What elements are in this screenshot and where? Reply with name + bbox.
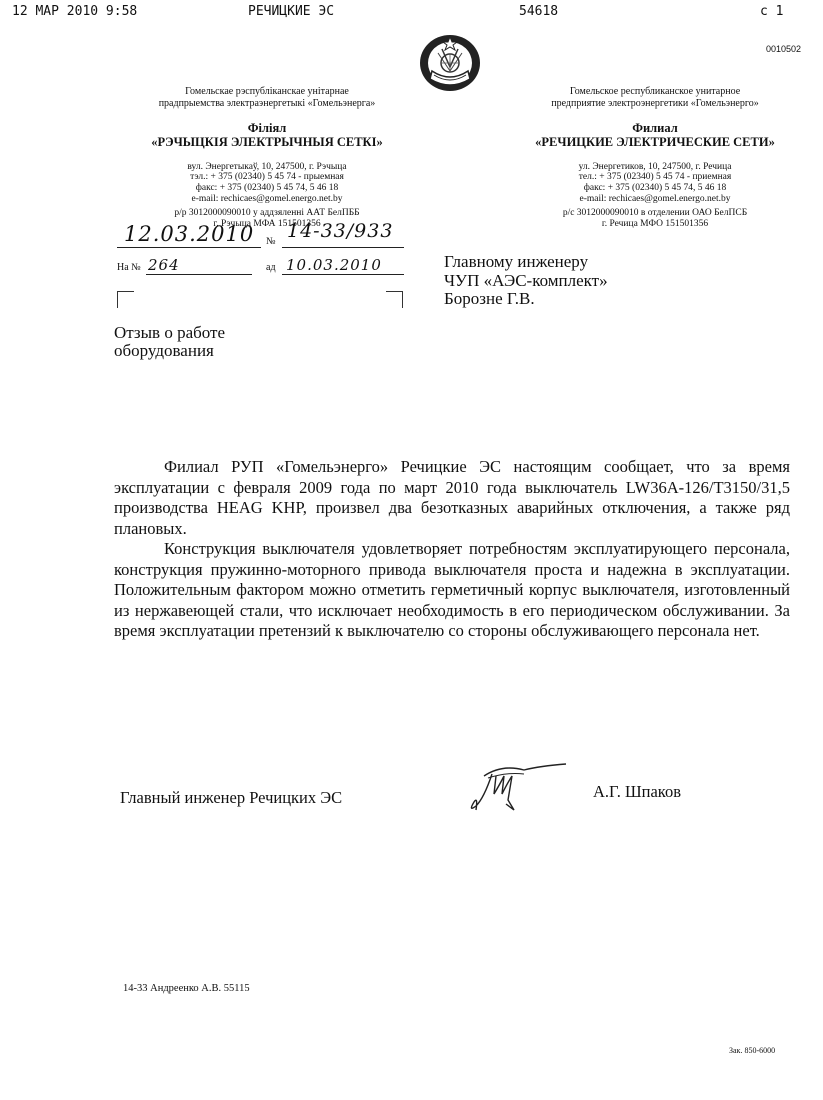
fax-page: с 1 bbox=[760, 4, 783, 19]
date-underline bbox=[117, 247, 261, 248]
ref-date-underline bbox=[282, 274, 404, 275]
email: e-mail: rechicaes@gomel.energo.net.by bbox=[505, 194, 805, 205]
ref-number-underline bbox=[146, 274, 252, 275]
bank-account: р/р 3012000090010 у аддзяленні ААТ БелПБ… bbox=[117, 208, 417, 219]
fax-sender: РЕЧИЦКИЕ ЭС bbox=[248, 4, 334, 19]
letterhead-russian: Гомельское республиканское унитарное пре… bbox=[505, 86, 805, 230]
corner-mark-right bbox=[386, 291, 403, 308]
signatory-name: А.Г. Шпаков bbox=[593, 782, 681, 802]
corner-mark-left bbox=[117, 291, 134, 308]
letter-subject: Отзыв о работе оборудования bbox=[114, 324, 225, 360]
handwritten-signature-icon bbox=[462, 758, 572, 818]
ref-number-label: На № bbox=[117, 262, 141, 273]
body-paragraph-1: Филиал РУП «Гомельэнерго» Речицкие ЭС на… bbox=[114, 457, 790, 539]
executor-info: 14-33 Андреенко А.В. 55115 bbox=[123, 983, 250, 994]
ref-date-label: ад bbox=[266, 262, 276, 273]
phone: тел.: + 375 (02340) 5 45 74 - приемная bbox=[505, 172, 805, 183]
filial-label: Філіял bbox=[117, 121, 417, 135]
outgoing-number: 14-33/933 bbox=[287, 220, 393, 242]
filial-name: «РЭЧЫЦКІЯ ЭЛЕКТРЫЧНЫЯ СЕТКІ» bbox=[117, 135, 417, 149]
org-name-line2: прадпрыемства электраэнергетыкі «Гомельэ… bbox=[117, 98, 417, 110]
letterhead-belarusian: Гомельскае рэспубліканскае унітарнае пра… bbox=[117, 86, 417, 230]
addressee-company: ЧУП «АЭС-комплект» bbox=[444, 272, 608, 291]
org-name-line1: Гомельскае рэспубліканскае унітарнае bbox=[117, 86, 417, 98]
address: ул. Энергетиков, 10, 247500, г. Речица bbox=[505, 162, 805, 173]
fax: факс: + 375 (02340) 5 45 74, 5 46 18 bbox=[117, 183, 417, 194]
fax: факс: + 375 (02340) 5 45 74, 5 46 18 bbox=[505, 183, 805, 194]
letter-body: Филиал РУП «Гомельэнерго» Речицкие ЭС на… bbox=[114, 457, 790, 642]
body-paragraph-2: Конструкция выключателя удовлетворяет по… bbox=[114, 539, 790, 642]
number-label: № bbox=[266, 236, 276, 247]
bank-account: р/с 3012000090010 в отделении ОАО БелПСБ bbox=[505, 208, 805, 219]
outgoing-date: 12.03.2010 bbox=[124, 222, 254, 246]
org-name-line1: Гомельское республиканское унитарное bbox=[505, 86, 805, 98]
filial-name: «РЕЧИЦКИЕ ЭЛЕКТРИЧЕСКИЕ СЕТИ» bbox=[505, 135, 805, 149]
address: вул. Энергетыкаў, 10, 247500, г. Рэчыца bbox=[117, 162, 417, 173]
number-underline bbox=[282, 247, 404, 248]
addressee: Главному инженеру ЧУП «АЭС-комплект» Бор… bbox=[444, 253, 608, 309]
subject-line2: оборудования bbox=[114, 342, 225, 360]
print-order-number: Зак. 850-6000 bbox=[729, 1046, 775, 1055]
bank-code: г. Речица МФО 151501356 bbox=[505, 219, 805, 230]
fax-number: 54618 bbox=[519, 4, 558, 19]
ref-number: 264 bbox=[148, 256, 180, 274]
phone: тэл.: + 375 (02340) 5 45 74 - прыемная bbox=[117, 172, 417, 183]
addressee-name: Борозне Г.В. bbox=[444, 290, 608, 309]
filial-label: Филиал bbox=[505, 121, 805, 135]
signatory-title: Главный инженер Речицких ЭС bbox=[120, 788, 342, 808]
fax-date-time: 12 МАР 2010 9:58 bbox=[12, 4, 137, 19]
email: e-mail: rechicaes@gomel.energo.net.by bbox=[117, 194, 417, 205]
belarus-emblem-icon bbox=[412, 27, 488, 95]
org-name-line2: предприятие электроэнергетики «Гомельэне… bbox=[505, 98, 805, 110]
document-serial: 0010502 bbox=[766, 44, 801, 54]
addressee-position: Главному инженеру bbox=[444, 253, 608, 272]
ref-date: 10.03.2010 bbox=[286, 256, 382, 274]
fax-header: 12 МАР 2010 9:58 РЕЧИЦКИЕ ЭС 54618 с 1 bbox=[0, 4, 823, 22]
subject-line1: Отзыв о работе bbox=[114, 324, 225, 342]
